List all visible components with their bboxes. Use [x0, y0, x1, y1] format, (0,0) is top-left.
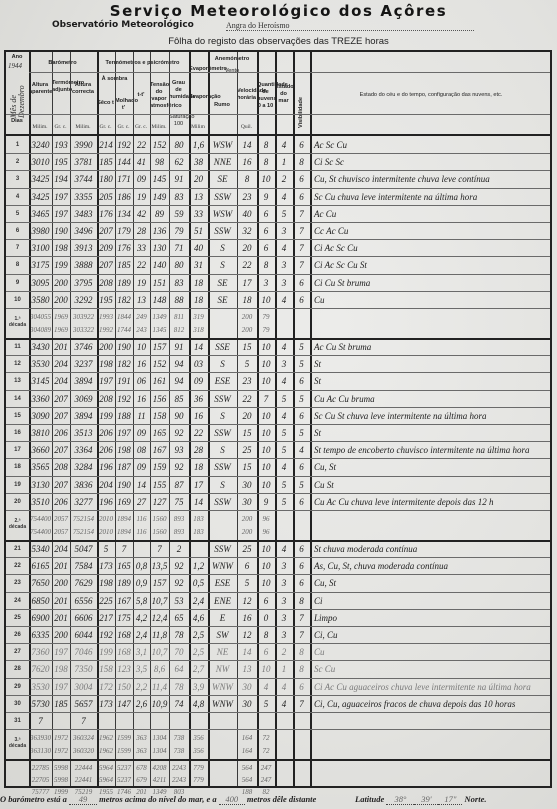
decade-cell: 200 — [237, 321, 257, 339]
cell-pc: 3836 — [70, 476, 97, 494]
observatory-label: Observatório Meteorológico — [52, 20, 194, 30]
row-divider — [6, 712, 550, 713]
cell-h: 53 — [169, 592, 189, 610]
day-number: 23 — [6, 574, 29, 592]
table-row: 1638102063513206197091659222SSW151055St — [6, 424, 550, 442]
unit-altura-correcta: Milim. — [70, 124, 96, 130]
cell-v: 18 — [237, 291, 257, 309]
table-row: 1134302013746200190101579114SSE151045Ac … — [6, 338, 550, 356]
cell-ta: 199 — [52, 256, 70, 274]
cell-d: 06 — [133, 372, 150, 390]
cell-h: 87 — [169, 476, 189, 494]
sky-description: Cu, St chuvisco intermitente chuva leve … — [310, 170, 554, 188]
cell-v: 20 — [237, 239, 257, 257]
table-row: 26633520060441921682,411,8782,5SW12837Ci… — [6, 626, 550, 644]
cell-t: 185 — [97, 153, 115, 171]
row-divider — [6, 256, 550, 257]
cell-vis: 8 — [293, 643, 310, 661]
row-divider — [6, 540, 550, 542]
sky-description: Cu Ac Cu chuva leve intermitente depois … — [310, 493, 554, 511]
day-number: 28 — [6, 660, 29, 678]
cell-e: 7 — [150, 540, 169, 558]
cell-ta: 207 — [52, 441, 70, 459]
day-number: 15 — [6, 407, 29, 425]
cell-d: 2,6 — [133, 695, 150, 713]
cell-h: 92 — [169, 458, 189, 476]
cell-n: 10 — [257, 355, 275, 373]
cell-p: 3580 — [29, 291, 52, 309]
sky-description: St chuva moderada contínua — [310, 540, 554, 558]
cell-s: 2 — [275, 170, 293, 188]
day-number: 21 — [6, 540, 29, 558]
col-molhado: Molhado t' — [115, 98, 132, 112]
row-divider — [6, 372, 550, 373]
barometer-distance: 400 — [219, 794, 245, 805]
cell-s: 1 — [275, 153, 293, 171]
row-divider — [6, 643, 550, 644]
cell-h: 88 — [169, 291, 189, 309]
table-row: 3631301972360320196215993631304738356164… — [6, 742, 550, 760]
cell-e: 130 — [150, 239, 169, 257]
cell-e: 152 — [150, 355, 169, 373]
cell-n: 9 — [257, 493, 275, 511]
cell-p: 3465 — [29, 205, 52, 223]
column-divider — [169, 52, 170, 786]
cell-s: 4 — [275, 136, 293, 154]
cell-n: 10 — [257, 372, 275, 390]
cell-v: 14 — [237, 136, 257, 154]
table-row: 53465197348317613442895933WSW40657Ac Cu — [6, 205, 550, 223]
decade-cell: 812 — [169, 321, 189, 339]
cell-v: 22 — [237, 256, 257, 274]
cell-n: 10 — [257, 574, 275, 592]
cell-v: 6 — [237, 557, 257, 575]
cell-tw: 123 — [115, 660, 133, 678]
unit-t-minus-t: Gr. c. — [133, 124, 149, 130]
sky-description: Ci, Cu — [310, 626, 554, 644]
cell-e: 159 — [150, 458, 169, 476]
day-number: 17 — [6, 441, 29, 459]
table-row: 23010195378118514441986238NNE16818Ci Sc … — [6, 153, 550, 171]
cell-d: 22 — [133, 256, 150, 274]
column-divider — [208, 52, 210, 786]
decade-cell: 96 — [257, 523, 275, 541]
cell-vis: 5 — [293, 355, 310, 373]
cell-n: 10 — [257, 424, 275, 442]
cell-p: 6165 — [29, 557, 52, 575]
cell-d: 42 — [133, 205, 150, 223]
cell-dir: E — [208, 609, 237, 627]
cell-n: 10 — [257, 170, 275, 188]
cell-v: 23 — [237, 188, 257, 206]
cell-tw: 189 — [115, 574, 133, 592]
cell-v: 13 — [237, 660, 257, 678]
latitude-sec: 17" — [438, 794, 462, 805]
cell-ev: 0,5 — [189, 574, 208, 592]
cell-s: 4 — [275, 540, 293, 558]
cell-p: 7360 — [29, 643, 52, 661]
row-divider — [6, 170, 550, 171]
latitude-min: 39' — [414, 794, 438, 805]
cell-vis: 6 — [293, 540, 310, 558]
row-divider — [6, 308, 550, 309]
cell-d: 13 — [133, 291, 150, 309]
cell-pc: 3292 — [70, 291, 97, 309]
cell-n: 8 — [257, 256, 275, 274]
cell-tw: 171 — [115, 170, 133, 188]
row-divider — [6, 678, 550, 679]
table-row: 29353019730041721502,211,4783,9WNW30446C… — [6, 678, 550, 696]
cell-dir: S — [208, 256, 237, 274]
cell-vis: 7 — [293, 205, 310, 223]
col-rumo: Rumo — [208, 102, 236, 109]
day-number: 1 — [6, 136, 29, 154]
sky-description: St — [310, 372, 554, 390]
cell-pc: 3355 — [70, 188, 97, 206]
cell-t: 204 — [97, 476, 115, 494]
cell-dir: SSW — [208, 458, 237, 476]
cell-e: 148 — [150, 291, 169, 309]
cell-ev: 28 — [189, 441, 208, 459]
decade-cell: 1599 — [115, 742, 133, 760]
cell-vis: 5 — [293, 424, 310, 442]
column-divider — [97, 52, 99, 786]
day-number: 25 — [6, 609, 29, 627]
cell-v: 20 — [237, 407, 257, 425]
cell-t: 217 — [97, 609, 115, 627]
latitude-dir: Norte. — [465, 794, 487, 804]
cell-ta: 207 — [52, 407, 70, 425]
cell-h: 70 — [169, 643, 189, 661]
cell-t: 207 — [97, 222, 115, 240]
cell-t: 172 — [97, 678, 115, 696]
cell-e: 167 — [150, 441, 169, 459]
col-termometro-adjunto: Termómetro adjunto — [52, 80, 69, 94]
cell-t: 173 — [97, 695, 115, 713]
cell-pc: 7 — [70, 712, 97, 730]
column-divider — [310, 52, 312, 786]
cell-pc: 3781 — [70, 153, 97, 171]
cell-ev: 38 — [189, 153, 208, 171]
cell-e: 149 — [150, 188, 169, 206]
day-number: 6 — [6, 222, 29, 240]
cell-ev: 22 — [189, 424, 208, 442]
row-divider — [6, 441, 550, 442]
decade-cell: 79 — [257, 321, 275, 339]
cell-dir: SSE — [208, 338, 237, 356]
cell-pc: 7350 — [70, 660, 97, 678]
cell-ev: 14 — [189, 493, 208, 511]
decade-cell: 318 — [189, 321, 208, 339]
day-number: 31 — [6, 712, 29, 730]
cell-tw: 185 — [115, 256, 133, 274]
cell-tw: 186 — [115, 188, 133, 206]
cell-vis: 6 — [293, 678, 310, 696]
cell-ev: 31 — [189, 256, 208, 274]
cell-dir: S — [208, 476, 237, 494]
decade-cell: 116 — [133, 523, 150, 541]
cell-t — [97, 712, 115, 730]
col-tensao: Tensão do vapor atmosférico — [150, 82, 168, 110]
row-divider — [6, 338, 550, 340]
cell-pc: 3277 — [70, 493, 97, 511]
decade-cell: 1304 — [150, 742, 169, 760]
cell-v: 15 — [237, 458, 257, 476]
cell-n: 10 — [257, 557, 275, 575]
decade-label: 3.ª década — [6, 737, 29, 749]
cell-tw: 165 — [115, 557, 133, 575]
decade-cell: 1962 — [97, 742, 115, 760]
cell-v: 17 — [237, 274, 257, 292]
cell-pc: 6556 — [70, 592, 97, 610]
column-divider — [52, 52, 53, 786]
column-divider — [70, 52, 71, 786]
cell-p: 7620 — [29, 660, 52, 678]
cell-p: 3530 — [29, 355, 52, 373]
cell-vis: 6 — [293, 557, 310, 575]
col-altura-aparente: Altura aparente — [29, 82, 51, 96]
cell-v: 5 — [237, 355, 257, 373]
cell-e — [150, 712, 169, 730]
cell-pc: 7629 — [70, 574, 97, 592]
row-divider — [6, 134, 550, 136]
cell-d: 16 — [133, 355, 150, 373]
decade-label: 2.ª década — [6, 518, 29, 530]
cell-ta: 194 — [52, 170, 70, 188]
cell-e: 165 — [150, 424, 169, 442]
cell-ta: 206 — [52, 424, 70, 442]
day-number: 10 — [6, 291, 29, 309]
decade-cell: 360320 — [70, 742, 97, 760]
cell-e: 10,7 — [150, 592, 169, 610]
cell-s: 3 — [275, 256, 293, 274]
cell-n: 8 — [257, 626, 275, 644]
day-number: 2 — [6, 153, 29, 171]
cell-h: 78 — [169, 626, 189, 644]
unit-seco: Gr. c. — [97, 124, 114, 130]
sky-description: Sc Cu — [310, 660, 554, 678]
day-number: 8 — [6, 256, 29, 274]
cell-s: 2 — [275, 643, 293, 661]
cell-tw: 168 — [115, 626, 133, 644]
cell-h: 71 — [169, 239, 189, 257]
table-row: 7544002057752154201018941161560893183200… — [6, 523, 550, 541]
cell-h: 62 — [169, 153, 189, 171]
cell-p: 3145 — [29, 372, 52, 390]
cell-t: 195 — [97, 291, 115, 309]
cell-t: 208 — [97, 390, 115, 408]
decade-cell: 752154 — [70, 523, 97, 541]
cell-v: 25 — [237, 540, 257, 558]
table-row: 27736019770461991683,110,7702,5NE14628Cu — [6, 643, 550, 661]
cell-vis: 6 — [293, 170, 310, 188]
cell-tw: 182 — [115, 291, 133, 309]
cell-p: 6335 — [29, 626, 52, 644]
decade-cell: 2057 — [52, 523, 70, 541]
cell-n: 9 — [257, 188, 275, 206]
sky-description: Cc Ac Cu — [310, 222, 554, 240]
cell-tw: 197 — [115, 424, 133, 442]
cell-dir: SE — [208, 170, 237, 188]
cell-s: 5 — [275, 441, 293, 459]
cell-s — [275, 712, 293, 730]
cell-vis: 6 — [293, 291, 310, 309]
cell-t: 199 — [97, 643, 115, 661]
cell-vis: 6 — [293, 574, 310, 592]
cell-vis: 8 — [293, 592, 310, 610]
observation-table: Ano 1944 Mês de Dezembro Dias Barómetro … — [4, 50, 552, 788]
cell-h: 91 — [169, 338, 189, 356]
cell-s: 4 — [275, 372, 293, 390]
cell-tw: 191 — [115, 372, 133, 390]
cell-n: 6 — [257, 239, 275, 257]
cell-d: 4,2 — [133, 609, 150, 627]
cell-n: 8 — [257, 153, 275, 171]
cell-ta: 198 — [52, 660, 70, 678]
cell-ta: 204 — [52, 372, 70, 390]
column-divider — [257, 52, 259, 786]
cell-ev: 1,6 — [189, 136, 208, 154]
cell-tw: 147 — [115, 695, 133, 713]
sky-description: Cu, St — [310, 458, 554, 476]
cell-ta — [52, 712, 70, 730]
cell-n: 10 — [257, 458, 275, 476]
col-estado-ceu: Estado do céu e do tempo, configuração d… — [311, 92, 551, 99]
unit-evaporacao: Milim — [189, 124, 207, 130]
table-row: 2035102063277196169271277514SSW30956Cu A… — [6, 493, 550, 511]
cell-pc: 3894 — [70, 372, 97, 390]
cell-dir: WNW — [208, 695, 237, 713]
cell-vis: 5 — [293, 338, 310, 356]
cell-ta: 197 — [52, 205, 70, 223]
barometer-mid: metros acima do nível do mar, e a — [99, 794, 217, 804]
cell-n: 3 — [257, 274, 275, 292]
col-estado-mar: Estado do mar — [275, 84, 292, 105]
sky-description: Cu St — [310, 476, 554, 494]
observatory-place: Angra do Heroísmo — [226, 21, 474, 31]
cell-d: 11 — [133, 407, 150, 425]
cell-s: 3 — [275, 222, 293, 240]
cell-p: 3130 — [29, 476, 52, 494]
cell-ev: 18 — [189, 274, 208, 292]
cell-ta: 204 — [52, 540, 70, 558]
cell-s: 4 — [275, 678, 293, 696]
cell-t: 158 — [97, 660, 115, 678]
cell-s: 3 — [275, 557, 293, 575]
cell-e: 11,4 — [150, 678, 169, 696]
decade-cell: 183 — [189, 523, 208, 541]
cell-h: 80 — [169, 136, 189, 154]
cell-p: 6900 — [29, 609, 52, 627]
day-number: 5 — [6, 205, 29, 223]
cell-d: 27 — [133, 493, 150, 511]
cell-v: 30 — [237, 493, 257, 511]
sky-description: As, Cu, St, chuva moderada contínua — [310, 557, 554, 575]
cell-dir: SE — [208, 291, 237, 309]
cell-dir: S — [208, 441, 237, 459]
cell-tw: 187 — [115, 458, 133, 476]
row-divider — [6, 476, 550, 477]
cell-e: 161 — [150, 372, 169, 390]
cell-pc: 3913 — [70, 239, 97, 257]
anemometer-group: Anemómetro — [208, 56, 256, 63]
cell-tw: 134 — [115, 205, 133, 223]
cell-tw: 192 — [115, 390, 133, 408]
cell-ta: 201 — [52, 609, 70, 627]
cell-d: 16 — [133, 390, 150, 408]
month-value: Dezembro — [17, 74, 26, 118]
col-visibilidade: Visibilidade — [298, 74, 304, 128]
cell-e: 89 — [150, 205, 169, 223]
table-row: 334251943744180171091459120SE81026Cu, St… — [6, 170, 550, 188]
cell-t: 173 — [97, 557, 115, 575]
cell-vis: 6 — [293, 136, 310, 154]
cell-ta: 204 — [52, 355, 70, 373]
day-number: 18 — [6, 458, 29, 476]
cell-pc: 3746 — [70, 338, 97, 356]
cell-n: 10 — [257, 291, 275, 309]
cell-e: 127 — [150, 493, 169, 511]
unit-molhado: Gr. c. — [115, 124, 132, 130]
sky-description: Ci Cu St bruma — [310, 274, 554, 292]
cell-ev: 3,9 — [189, 678, 208, 696]
cell-p: 7650 — [29, 574, 52, 592]
cell-n: 10 — [257, 441, 275, 459]
cell-s: 5 — [275, 205, 293, 223]
sky-description: Cu Ac Cu bruma — [310, 390, 554, 408]
cell-ev: 1,2 — [189, 557, 208, 575]
day-number: 30 — [6, 695, 29, 713]
row-divider — [6, 239, 550, 240]
cell-pc: 3894 — [70, 407, 97, 425]
cell-h: 90 — [169, 407, 189, 425]
cell-dir: ESE — [208, 574, 237, 592]
cell-vis: 7 — [293, 256, 310, 274]
cell-n: 0 — [257, 609, 275, 627]
table-row: 1931302073836204190141558717S301055Cu St — [6, 476, 550, 494]
cell-ev: 36 — [189, 390, 208, 408]
cell-vis — [293, 712, 310, 730]
decade-cell: 363 — [133, 742, 150, 760]
barometer-suffix: metros dêle distante — [247, 794, 316, 804]
cell-pc: 3744 — [70, 170, 97, 188]
cell-tw: 179 — [115, 222, 133, 240]
cell-n: 10 — [257, 660, 275, 678]
cell-p: 3240 — [29, 136, 52, 154]
col-nuvens: Quantidade de nuvens 0 a 10 — [257, 82, 274, 110]
day-number: 3 — [6, 170, 29, 188]
cell-n: 10 — [257, 540, 275, 558]
day-number: 26 — [6, 626, 29, 644]
column-divider — [189, 52, 191, 786]
cell-p: 3010 — [29, 153, 52, 171]
table-row: 1433602073069208192161568536SSW22755Cu A… — [6, 390, 550, 408]
cell-h: 80 — [169, 256, 189, 274]
day-number: 14 — [6, 390, 29, 408]
cell-ev: 4,6 — [189, 609, 208, 627]
saturation-note: Saturação 100 — [169, 114, 188, 128]
cell-p: 3360 — [29, 390, 52, 408]
col-velocidade: Velocidade horária — [237, 88, 256, 102]
day-number: 27 — [6, 643, 29, 661]
cell-h: 79 — [169, 222, 189, 240]
logbook-page: Serviço Meteorológico dos Açôres Observa… — [0, 0, 557, 809]
cell-t: 208 — [97, 274, 115, 292]
cell-ev: 4,8 — [189, 695, 208, 713]
cell-s: 1 — [275, 660, 293, 678]
barometer-note: O barómetro está a 49 metros acima do ní… — [0, 794, 316, 805]
column-divider — [115, 52, 116, 786]
